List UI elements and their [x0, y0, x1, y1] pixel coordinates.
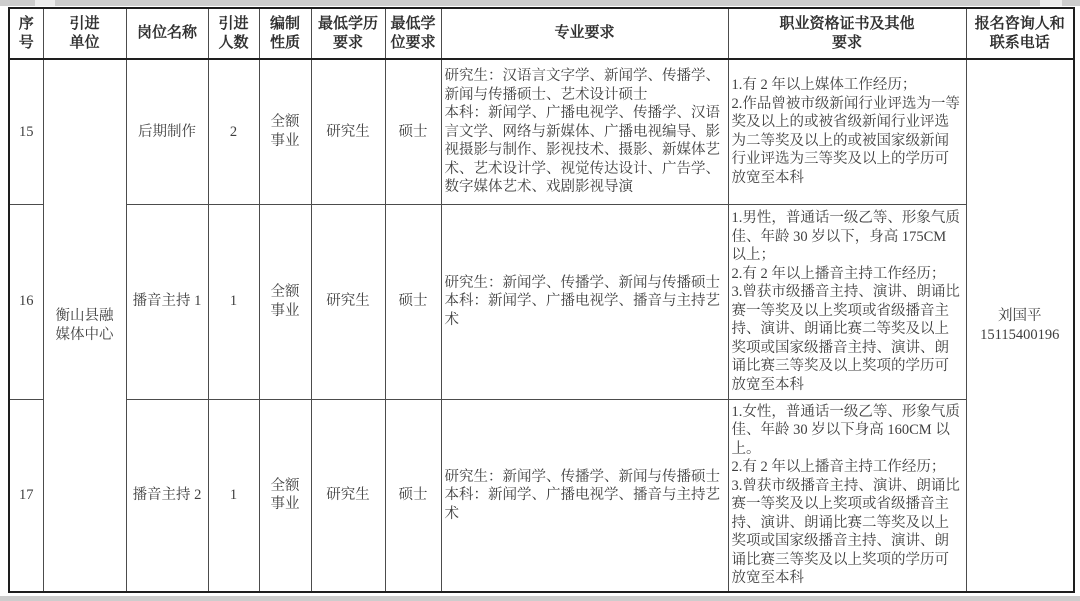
- table-row: 16 播音主持 1 1 全额 事业 研究生 硕士 研究生：新闻学、传播学、新闻与…: [9, 204, 1074, 399]
- cell-qualifications: 1.男性，普通话一级乙等、形象气质佳、年龄 30 岁以下，身高 175CM 以上…: [728, 204, 966, 399]
- table-row: 15 衡山县融 媒体中心 后期制作 2 全额 事业 研究生 硕士 研究生：汉语言…: [9, 59, 1074, 204]
- cell-education: 研究生: [311, 399, 385, 592]
- cell-education: 研究生: [311, 204, 385, 399]
- cell-serial: 17: [9, 399, 43, 592]
- cell-count: 1: [208, 399, 259, 592]
- header-count: 引进 人数: [208, 8, 259, 59]
- cell-degree: 硕士: [385, 59, 441, 204]
- cell-contact: 刘国平 15115400196: [966, 59, 1074, 592]
- cell-qualifications: 1.女性，普通话一级乙等、形象气质佳、年龄 30 岁以下身高 160CM 以上。…: [728, 399, 966, 592]
- header-min-degree: 最低学 位要求: [385, 8, 441, 59]
- header-unit: 引进 单位: [43, 8, 126, 59]
- recruitment-table: 序号 引进 单位 岗位名称 引进 人数 编制 性质 最低学历 要求 最低学 位要…: [8, 7, 1075, 593]
- page-edge-bottom: [0, 596, 1080, 601]
- cell-count: 2: [208, 59, 259, 204]
- page-edge-top: [0, 0, 1080, 6]
- header-min-education: 最低学历 要求: [311, 8, 385, 59]
- header-contact: 报名咨询人和 联系电话: [966, 8, 1074, 59]
- table-header-row: 序号 引进 单位 岗位名称 引进 人数 编制 性质 最低学历 要求 最低学 位要…: [9, 8, 1074, 59]
- cell-education: 研究生: [311, 59, 385, 204]
- cell-serial: 15: [9, 59, 43, 204]
- cell-position: 播音主持 2: [126, 399, 208, 592]
- table-row: 17 播音主持 2 1 全额 事业 研究生 硕士 研究生：新闻学、传播学、新闻与…: [9, 399, 1074, 592]
- header-qualifications: 职业资格证书及其他 要求: [728, 8, 966, 59]
- cell-degree: 硕士: [385, 399, 441, 592]
- cell-nature: 全额 事业: [259, 59, 311, 204]
- header-serial: 序号: [9, 8, 43, 59]
- header-major: 专业要求: [441, 8, 728, 59]
- page-edge-notch-right: [1040, 0, 1062, 6]
- cell-qualifications: 1.有 2 年以上媒体工作经历； 2.作品曾被市级新闻行业评选为一等奖及以上的或…: [728, 59, 966, 204]
- cell-nature: 全额 事业: [259, 204, 311, 399]
- cell-major: 研究生：新闻学、传播学、新闻与传播硕士 本科：新闻学、广播电视学、播音与主持艺术: [441, 204, 728, 399]
- cell-major: 研究生：汉语言文字学、新闻学、传播学、新闻与传播硕士、艺术设计硕士 本科：新闻学…: [441, 59, 728, 204]
- cell-serial: 16: [9, 204, 43, 399]
- header-nature: 编制 性质: [259, 8, 311, 59]
- cell-position: 后期制作: [126, 59, 208, 204]
- cell-count: 1: [208, 204, 259, 399]
- cell-nature: 全额 事业: [259, 399, 311, 592]
- header-position: 岗位名称: [126, 8, 208, 59]
- cell-degree: 硕士: [385, 204, 441, 399]
- cell-major: 研究生：新闻学、传播学、新闻与传播硕士 本科：新闻学、广播电视学、播音与主持艺术: [441, 399, 728, 592]
- page-edge-notch-left: [35, 0, 55, 6]
- cell-position: 播音主持 1: [126, 204, 208, 399]
- cell-unit: 衡山县融 媒体中心: [43, 59, 126, 592]
